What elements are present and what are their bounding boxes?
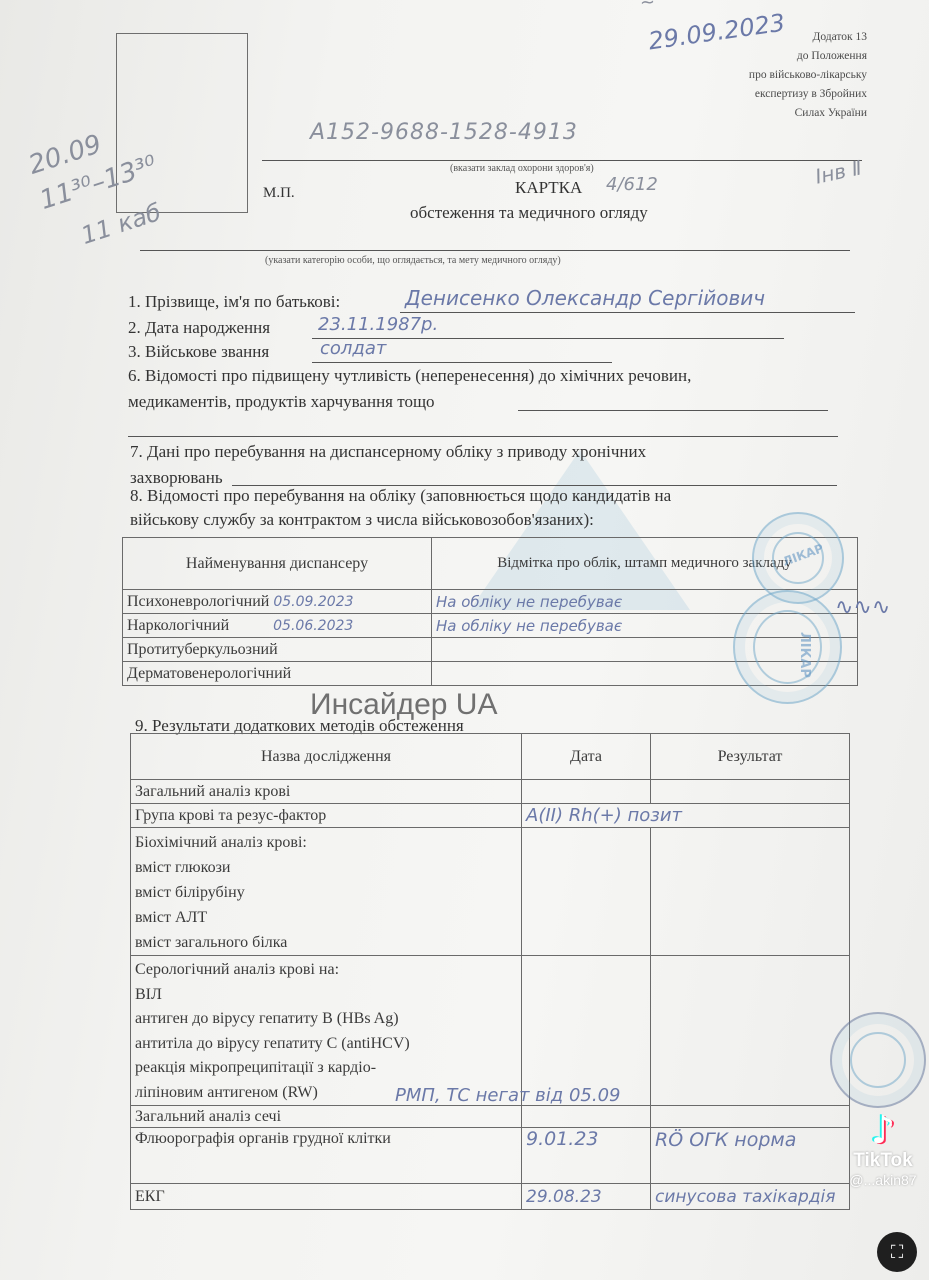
results-header-name: Назва дослідження	[131, 734, 522, 780]
sensitivity-line	[518, 410, 828, 411]
field-sensitivity-line2: медикаментів, продуктів харчування тощо	[128, 392, 435, 412]
table-row: Біохімічний аналіз крові: вміст глюкози …	[131, 828, 850, 956]
dispensary-header-name: Найменування диспансеру	[123, 538, 432, 590]
results-table: Назва дослідження Дата Результат Загальн…	[130, 733, 850, 1210]
signature-scribble: ∿∿∿	[835, 595, 890, 620]
mp-label: М.П.	[263, 185, 295, 202]
full-name-value: Денисенко Олександр Сергійович	[405, 286, 765, 310]
field-registration-line2: військову службу за контрактом з числа в…	[130, 510, 594, 530]
birth-date-value: 23.11.1987р.	[318, 314, 438, 335]
institution-caption: (вказати заклад охорони здоров'я)	[450, 163, 594, 174]
category-caption: (указати категорію особи, що оглядається…	[265, 255, 561, 266]
field-registration-line1: 8. Відомості про перебування на обліку (…	[130, 486, 671, 506]
military-rank-value: солдат	[320, 338, 386, 359]
card-title: КАРТКА	[515, 178, 582, 198]
scan-text-button[interactable]: ⛶	[877, 1232, 917, 1272]
table-row: Загальний аналіз сечі	[131, 1106, 850, 1128]
tiktok-username: @...akin87	[838, 1172, 928, 1188]
field-sensitivity-line1: 6. Відомості про підвищену чутливість (н…	[128, 366, 691, 386]
tiktok-watermark: ♪ TikTok @...akin87	[838, 1110, 928, 1188]
card-subtitle: обстеження та медичного огляду	[410, 203, 648, 223]
results-header-date: Дата	[522, 734, 651, 780]
clinic-stamp	[830, 1012, 926, 1108]
rw-handwritten-overflow: РМП, ТС негат від 05.09	[395, 1085, 621, 1106]
field-dispensary-line2: захворювань	[130, 468, 223, 488]
table-row: Група крові та резус-фактор A(II) Rh(+) …	[131, 804, 850, 828]
field-military-rank: 3. Військове звання	[128, 342, 269, 362]
sensitivity-extra-line	[128, 436, 838, 437]
institution-line	[262, 160, 862, 161]
annex-note: Додаток 13 до Положення про військово-лі…	[749, 28, 867, 123]
category-line	[140, 250, 850, 251]
field-full-name: 1. Прізвище, ім'я по батькові:	[128, 292, 340, 312]
table-row: Загальний аналіз крові	[131, 780, 850, 804]
doctor-stamp-bottom: ЛІКАР	[733, 590, 842, 704]
tiktok-brand: TikTok	[838, 1150, 928, 1172]
field-birth-date: 2. Дата народження	[128, 318, 270, 338]
scan-icon: ⛶	[891, 1242, 904, 1263]
card-number-handwritten: 4/612	[606, 174, 658, 195]
institution-handwritten: A152-9688-1528-4913	[310, 120, 578, 145]
handwritten-top-scrawl: ~	[639, 0, 655, 13]
results-header-result: Результат	[651, 734, 850, 780]
field-dispensary-line1: 7. Дані про перебування на диспансерному…	[130, 442, 646, 462]
full-name-line	[400, 312, 855, 313]
table-row: Серологічний аналіз крові на: ВІЛ антиге…	[131, 956, 850, 1106]
table-row: Флюорографія органів грудної клітки 9.01…	[131, 1128, 850, 1184]
table-row: ЕКГ 29.08.23 синусова тахікардія	[131, 1184, 850, 1210]
tiktok-logo-icon: ♪	[838, 1110, 928, 1150]
military-rank-line	[312, 362, 612, 363]
